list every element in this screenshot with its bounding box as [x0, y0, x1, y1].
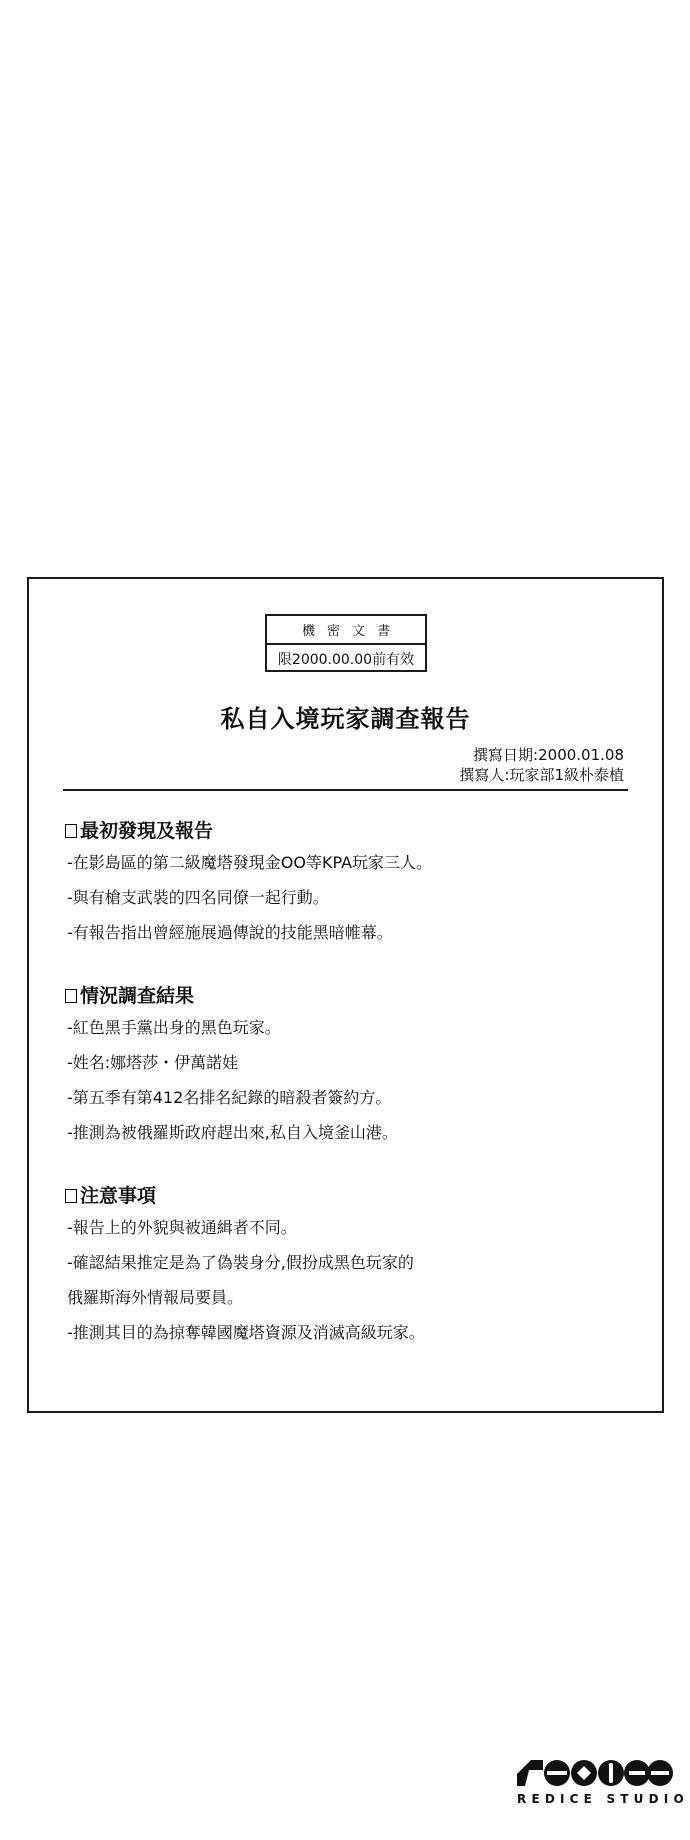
section-heading-text: 注意事項: [80, 1182, 156, 1210]
section-initial-discovery: 最初發現及報告 -在影島區的第二級魔塔發現金OO等KPA玩家三人。 -與有槍支武…: [65, 817, 642, 950]
list-item: -有報告指出曾經施展過傳說的技能黑暗帷幕。: [65, 915, 642, 950]
list-item: -姓名:娜塔莎・伊萬諾娃: [65, 1045, 642, 1080]
section-heading-text: 情況調查結果: [80, 982, 194, 1010]
redice-logo-icon: [517, 1758, 673, 1788]
redice-studio-logo: REDICE STUDIO: [517, 1758, 673, 1806]
report-title: 私自入境玩家調查報告: [29, 699, 662, 734]
section-investigation-results: 情況調查結果 -紅色黑手黨出身的黑色玩家。 -姓名:娜塔莎・伊萬諾娃 -第五季有…: [65, 982, 642, 1150]
section-heading: 注意事項: [65, 1182, 642, 1210]
list-item: -推測其目的為掠奪韓國魔塔資源及消滅高級玩家。: [65, 1315, 642, 1350]
list-item: -第五季有第412名排名紀錄的暗殺者簽約方。: [65, 1080, 642, 1115]
report-document: 機密文書 限2000.00.00前有效 私自入境玩家調查報告 撰寫日期:2000…: [27, 577, 664, 1413]
section-heading: 情況調查結果: [65, 982, 642, 1010]
classification-stamp: 機密文書 限2000.00.00前有效: [265, 614, 427, 672]
checkbox-square-icon: [65, 1189, 77, 1203]
section-heading-text: 最初發現及報告: [80, 817, 213, 845]
checkbox-square-icon: [65, 989, 77, 1003]
list-item: 俄羅斯海外情報局要員。: [65, 1280, 642, 1315]
list-item: -報告上的外貌與被通緝者不同。: [65, 1210, 642, 1245]
stamp-classification: 機密文書: [267, 616, 425, 645]
checkbox-square-icon: [65, 824, 77, 838]
list-item: -推測為被俄羅斯政府趕出來,私自入境釜山港。: [65, 1115, 642, 1150]
header-divider: [63, 789, 628, 791]
stamp-validity: 限2000.00.00前有效: [267, 645, 425, 672]
list-item: -在影島區的第二級魔塔發現金OO等KPA玩家三人。: [65, 845, 642, 880]
report-date: 撰寫日期:2000.01.08: [459, 745, 624, 765]
logo-text: REDICE STUDIO: [517, 1792, 673, 1806]
list-item: -紅色黑手黨出身的黑色玩家。: [65, 1010, 642, 1045]
report-author: 撰寫人:玩家部1級朴泰植: [459, 765, 624, 785]
list-item: -與有槍支武裝的四名同僚一起行動。: [65, 880, 642, 915]
section-notes: 注意事項 -報告上的外貌與被通緝者不同。 -確認結果推定是為了偽裝身分,假扮成黑…: [65, 1182, 642, 1350]
report-meta: 撰寫日期:2000.01.08 撰寫人:玩家部1級朴泰植: [459, 745, 624, 785]
list-item: -確認結果推定是為了偽裝身分,假扮成黑色玩家的: [65, 1245, 642, 1280]
section-heading: 最初發現及報告: [65, 817, 642, 845]
